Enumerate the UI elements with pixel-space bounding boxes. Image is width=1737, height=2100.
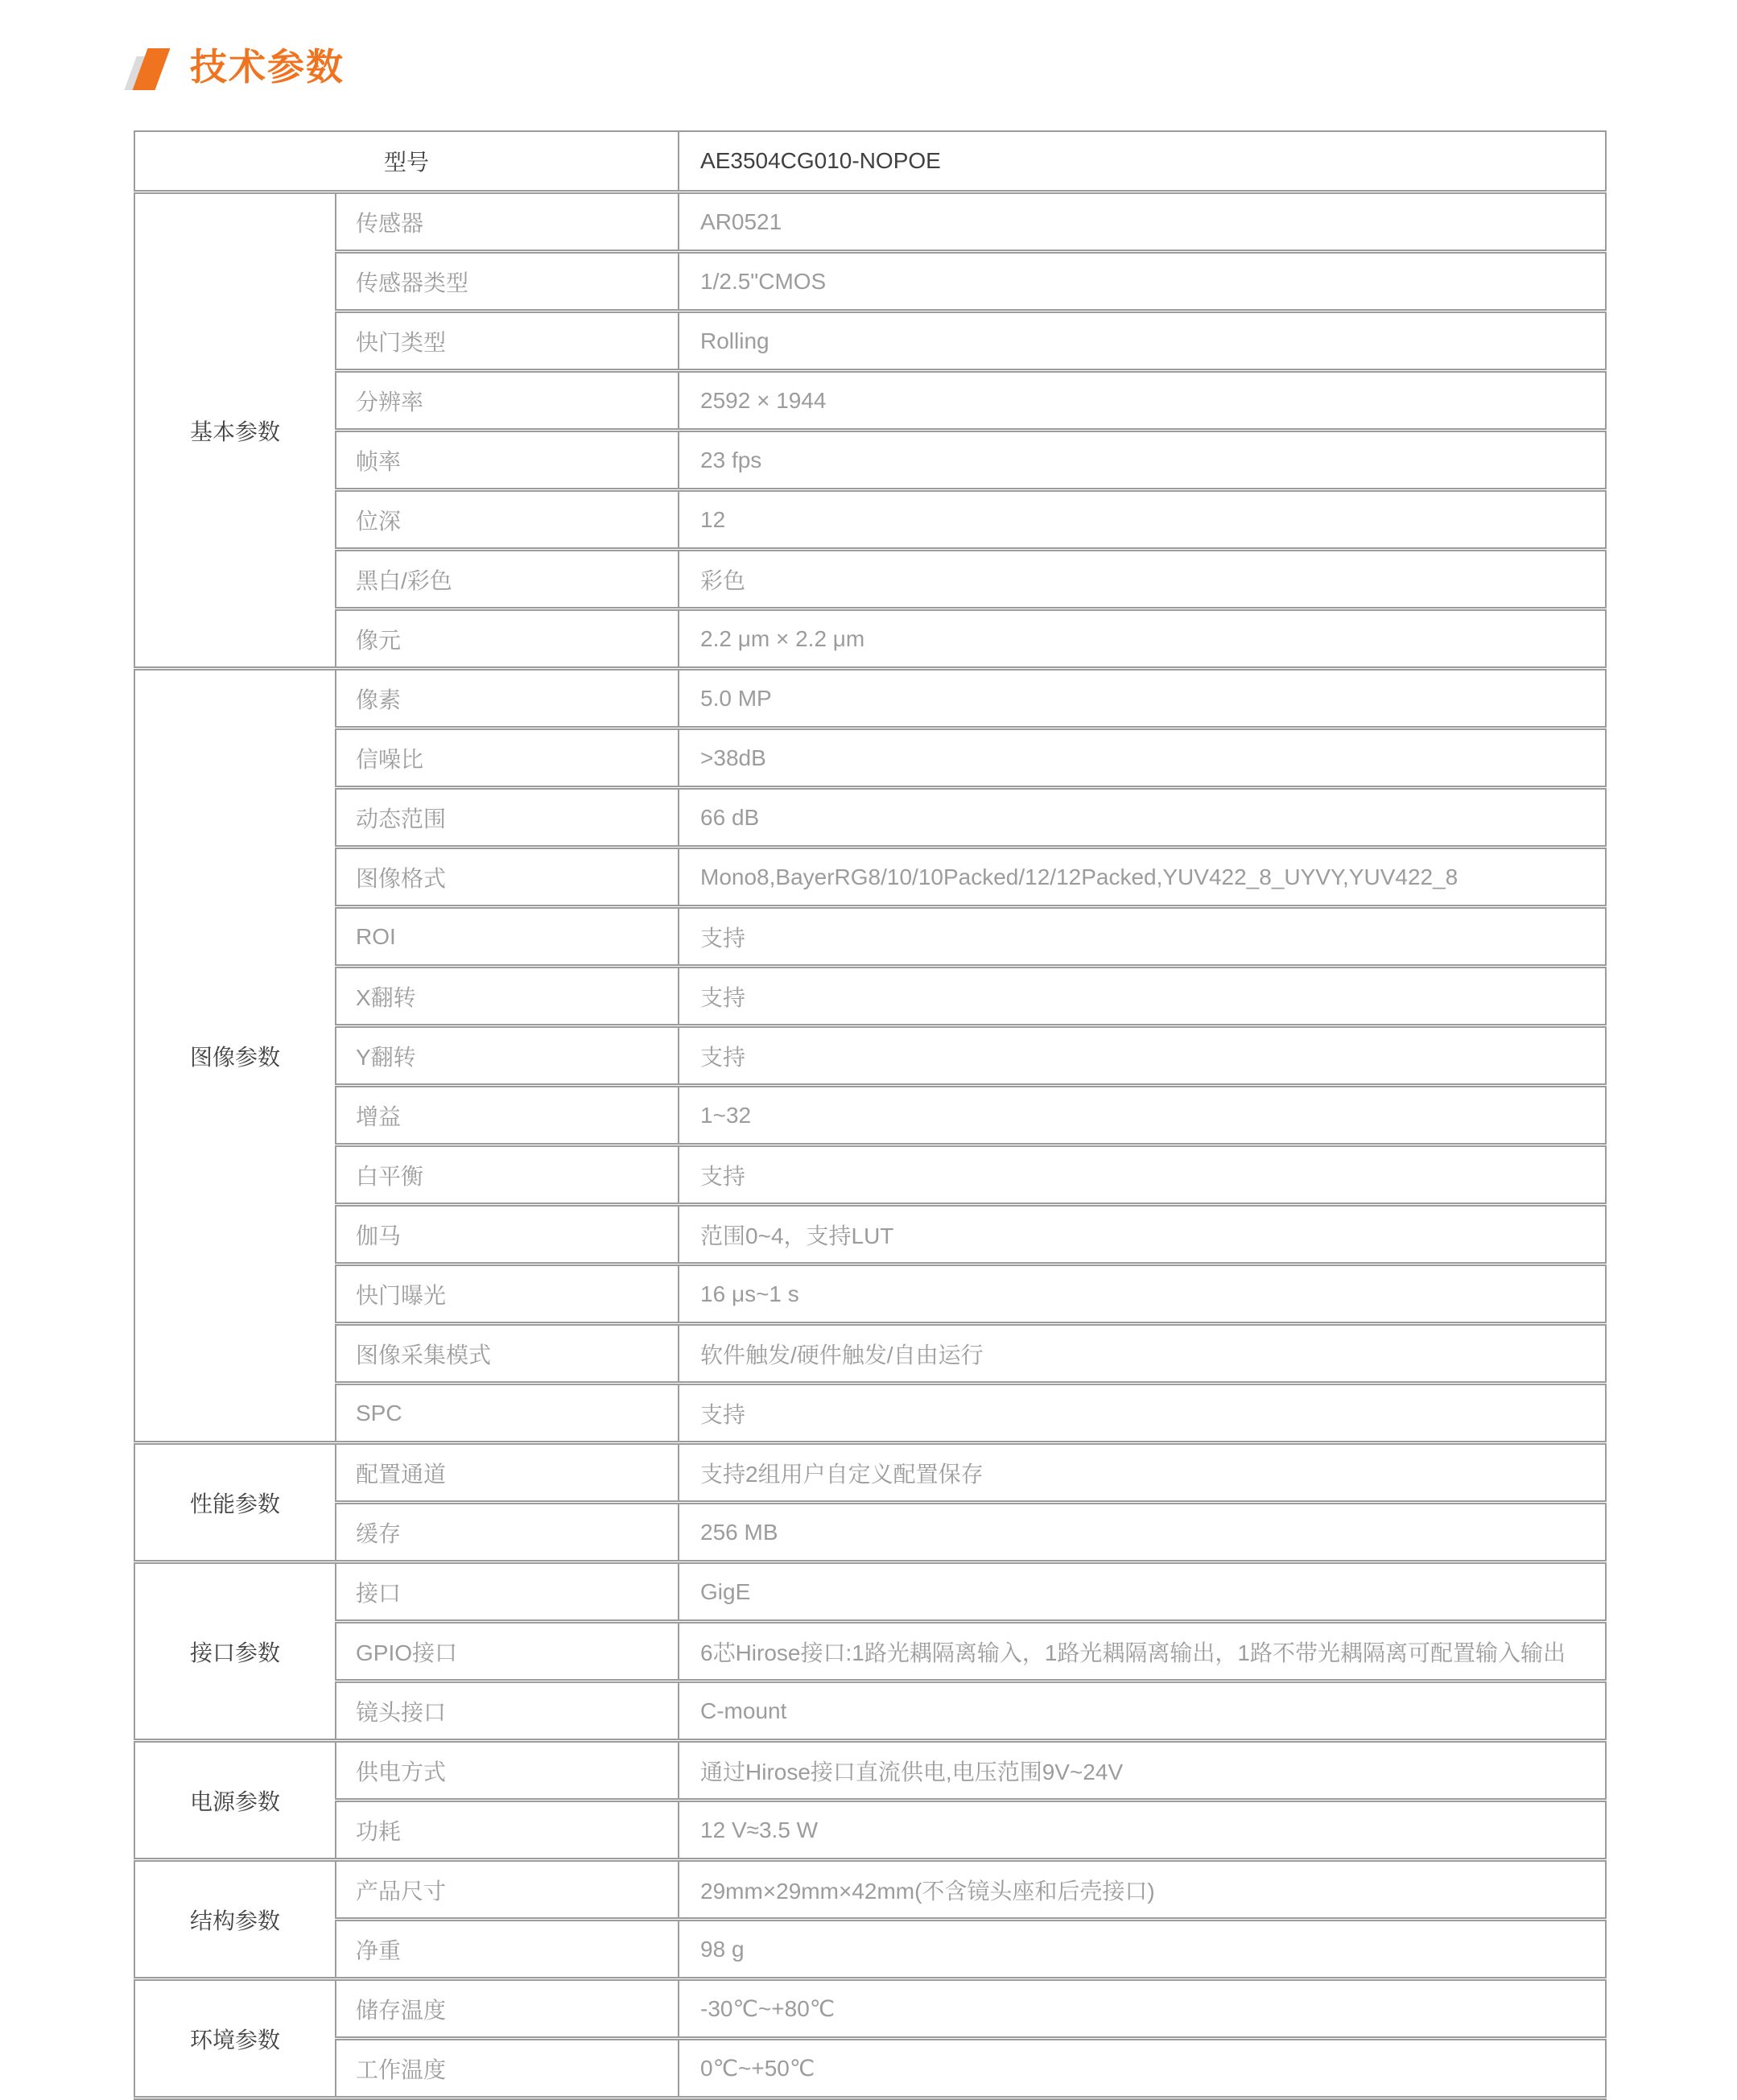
spec-value-cell: Rolling xyxy=(679,311,1606,371)
spec-value-cell: GigE xyxy=(679,1562,1606,1622)
page-header: 技术参数 xyxy=(129,32,345,97)
spec-param-cell: 动态范围 xyxy=(336,788,679,848)
spec-row: SPC支持 xyxy=(134,1384,1606,1443)
spec-row: 黑白/彩色彩色 xyxy=(134,550,1606,609)
spec-value-cell: 29mm×29mm×42mm(不含镜头座和后壳接口) xyxy=(679,1860,1606,1920)
spec-value-cell: 软件触发/硬件触发/自由运行 xyxy=(679,1324,1606,1384)
spec-param-cell: 伽马 xyxy=(336,1205,679,1265)
spec-table-body: 型号 AE3504CG010-NOPOE 基本参数传感器AR0521传感器类型1… xyxy=(134,131,1606,2098)
spec-row: 信噪比>38dB xyxy=(134,728,1606,788)
spec-group-cell: 性能参数 xyxy=(134,1443,336,1562)
spec-value-cell: 支持2组用户自定义配置保存 xyxy=(679,1443,1606,1503)
spec-param-cell: 配置通道 xyxy=(336,1443,679,1503)
spec-param-cell: GPIO接口 xyxy=(336,1622,679,1681)
spec-value-cell: Mono8,BayerRG8/10/10Packed/12/12Packed,Y… xyxy=(679,848,1606,907)
spec-value-cell: 1/2.5"CMOS xyxy=(679,252,1606,311)
spec-row: 图像采集模式软件触发/硬件触发/自由运行 xyxy=(134,1324,1606,1384)
spec-value-cell: 支持 xyxy=(679,907,1606,967)
spec-row: 快门曝光16 μs~1 s xyxy=(134,1265,1606,1324)
slash-icon xyxy=(129,39,179,90)
spec-param-cell: 产品尺寸 xyxy=(336,1860,679,1920)
spec-group-cell: 环境参数 xyxy=(134,1979,336,2098)
spec-row: 分辨率2592 × 1944 xyxy=(134,371,1606,431)
spec-table-wrap: 型号 AE3504CG010-NOPOE 基本参数传感器AR0521传感器类型1… xyxy=(134,130,1607,2100)
spec-row: 功耗12 V≈3.5 W xyxy=(134,1801,1606,1860)
spec-param-cell: 图像格式 xyxy=(336,848,679,907)
spec-value-cell: 16 μs~1 s xyxy=(679,1265,1606,1324)
spec-value-cell: 支持 xyxy=(679,1384,1606,1443)
spec-row: Y翻转支持 xyxy=(134,1026,1606,1086)
spec-group-cell: 接口参数 xyxy=(134,1562,336,1741)
spec-row: 性能参数配置通道支持2组用户自定义配置保存 xyxy=(134,1443,1606,1503)
spec-value-cell: C-mount xyxy=(679,1681,1606,1741)
spec-value-cell: 12 V≈3.5 W xyxy=(679,1801,1606,1860)
spec-row: 电源参数供电方式通过Hirose接口直流供电,电压范围9V~24V xyxy=(134,1741,1606,1801)
spec-row: 镜头接口C-mount xyxy=(134,1681,1606,1741)
spec-value-cell: 彩色 xyxy=(679,550,1606,609)
spec-value-cell: 0℃~+50℃ xyxy=(679,2039,1606,2098)
spec-row: 帧率23 fps xyxy=(134,431,1606,490)
spec-value-cell: 1~32 xyxy=(679,1086,1606,1145)
spec-value-cell: 66 dB xyxy=(679,788,1606,848)
spec-row: GPIO接口6芯Hirose接口:1路光耦隔离输入，1路光耦隔离输出，1路不带光… xyxy=(134,1622,1606,1681)
spec-group-cell: 电源参数 xyxy=(134,1741,336,1860)
spec-param-cell: 传感器类型 xyxy=(336,252,679,311)
spec-row: ROI支持 xyxy=(134,907,1606,967)
spec-value-cell: 5.0 MP xyxy=(679,669,1606,728)
spec-param-cell: 图像采集模式 xyxy=(336,1324,679,1384)
spec-param-cell: 缓存 xyxy=(336,1503,679,1562)
spec-value-cell: 2.2 μm × 2.2 μm xyxy=(679,609,1606,669)
spec-value-cell: 范围0~4，支持LUT xyxy=(679,1205,1606,1265)
spec-value-cell: >38dB xyxy=(679,728,1606,788)
spec-value-cell: 256 MB xyxy=(679,1503,1606,1562)
spec-row: 环境参数储存温度-30℃~+80℃ xyxy=(134,1979,1606,2039)
spec-param-cell: 分辨率 xyxy=(336,371,679,431)
spec-row: 结构参数产品尺寸29mm×29mm×42mm(不含镜头座和后壳接口) xyxy=(134,1860,1606,1920)
spec-row: 动态范围66 dB xyxy=(134,788,1606,848)
spec-row: 净重98 g xyxy=(134,1920,1606,1979)
spec-row: 接口参数接口GigE xyxy=(134,1562,1606,1622)
spec-param-cell: 净重 xyxy=(336,1920,679,1979)
spec-param-cell: 信噪比 xyxy=(336,728,679,788)
spec-row: 缓存256 MB xyxy=(134,1503,1606,1562)
spec-param-cell: 增益 xyxy=(336,1086,679,1145)
spec-value-cell: AR0521 xyxy=(679,192,1606,252)
spec-value-cell: 支持 xyxy=(679,967,1606,1026)
spec-row: X翻转支持 xyxy=(134,967,1606,1026)
spec-row: 传感器类型1/2.5"CMOS xyxy=(134,252,1606,311)
spec-param-cell: 传感器 xyxy=(336,192,679,252)
page: { "page": { "title": "技术参数", "accent_col… xyxy=(0,0,1737,2061)
spec-row: 图像格式Mono8,BayerRG8/10/10Packed/12/12Pack… xyxy=(134,848,1606,907)
model-row: 型号 AE3504CG010-NOPOE xyxy=(134,131,1606,192)
spec-value-cell: -30℃~+80℃ xyxy=(679,1979,1606,2039)
spec-row: 增益1~32 xyxy=(134,1086,1606,1145)
spec-value-cell: 支持 xyxy=(679,1145,1606,1205)
spec-row: 工作温度0℃~+50℃ xyxy=(134,2039,1606,2098)
spec-param-cell: X翻转 xyxy=(336,967,679,1026)
spec-param-cell: 白平衡 xyxy=(336,1145,679,1205)
spec-param-cell: 像素 xyxy=(336,669,679,728)
spec-row: 白平衡支持 xyxy=(134,1145,1606,1205)
spec-value-cell: 98 g xyxy=(679,1920,1606,1979)
spec-param-cell: 像元 xyxy=(336,609,679,669)
spec-param-cell: 工作温度 xyxy=(336,2039,679,2098)
spec-table: 型号 AE3504CG010-NOPOE 基本参数传感器AR0521传感器类型1… xyxy=(134,130,1607,2100)
spec-param-cell: 黑白/彩色 xyxy=(336,550,679,609)
spec-param-cell: 位深 xyxy=(336,490,679,550)
spec-value-cell: 12 xyxy=(679,490,1606,550)
spec-param-cell: 快门类型 xyxy=(336,311,679,371)
page-title: 技术参数 xyxy=(190,38,345,91)
spec-param-cell: 供电方式 xyxy=(336,1741,679,1801)
spec-param-cell: 接口 xyxy=(336,1562,679,1622)
spec-param-cell: 快门曝光 xyxy=(336,1265,679,1324)
spec-param-cell: SPC xyxy=(336,1384,679,1443)
spec-value-cell: 23 fps xyxy=(679,431,1606,490)
model-label-cell: 型号 xyxy=(134,131,679,192)
spec-param-cell: ROI xyxy=(336,907,679,967)
spec-group-cell: 结构参数 xyxy=(134,1860,336,1979)
spec-value-cell: 通过Hirose接口直流供电,电压范围9V~24V xyxy=(679,1741,1606,1801)
spec-value-cell: 支持 xyxy=(679,1026,1606,1086)
spec-param-cell: 帧率 xyxy=(336,431,679,490)
spec-row: 伽马范围0~4，支持LUT xyxy=(134,1205,1606,1265)
spec-row: 位深12 xyxy=(134,490,1606,550)
spec-row: 像元2.2 μm × 2.2 μm xyxy=(134,609,1606,669)
spec-value-cell: 2592 × 1944 xyxy=(679,371,1606,431)
spec-row: 图像参数像素5.0 MP xyxy=(134,669,1606,728)
spec-param-cell: Y翻转 xyxy=(336,1026,679,1086)
spec-param-cell: 储存温度 xyxy=(336,1979,679,2039)
model-value-cell: AE3504CG010-NOPOE xyxy=(679,131,1606,192)
spec-row: 快门类型Rolling xyxy=(134,311,1606,371)
spec-value-cell: 6芯Hirose接口:1路光耦隔离输入，1路光耦隔离输出，1路不带光耦隔离可配置… xyxy=(679,1622,1606,1681)
spec-row: 基本参数传感器AR0521 xyxy=(134,192,1606,252)
spec-param-cell: 镜头接口 xyxy=(336,1681,679,1741)
spec-group-cell: 基本参数 xyxy=(134,192,336,669)
spec-group-cell: 图像参数 xyxy=(134,669,336,1443)
spec-param-cell: 功耗 xyxy=(336,1801,679,1860)
